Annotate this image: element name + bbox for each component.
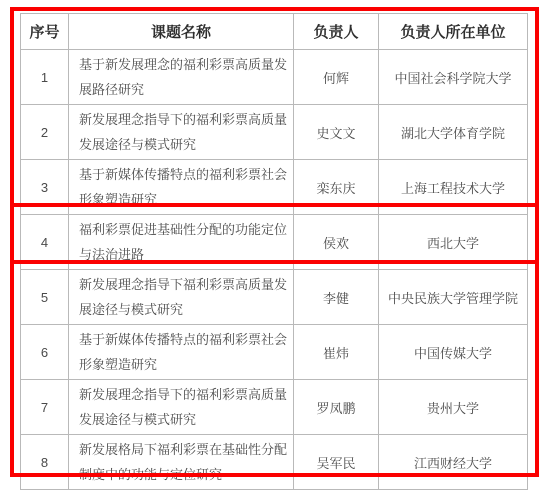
topic-title-cell: 基于新媒体传播特点的福利彩票社会形象塑造研究 — [69, 160, 294, 215]
topic-title-cell: 新发展理念指导下的福利彩票高质量发展途径与模式研究 — [69, 380, 294, 435]
table-row: 1 基于新发展理念的福利彩票高质量发展路径研究 何辉 中国社会科学院大学 — [21, 50, 528, 105]
header-cell-organization: 负责人所在单位 — [379, 14, 528, 50]
table-row: 6 基于新媒体传播特点的福利彩票社会形象塑造研究 崔炜 中国传媒大学 — [21, 325, 528, 380]
leader-cell: 罗凤鹏 — [294, 380, 379, 435]
header-cell-topic-title: 课题名称 — [69, 14, 294, 50]
table-body: 1 基于新发展理念的福利彩票高质量发展路径研究 何辉 中国社会科学院大学 2 新… — [21, 50, 528, 490]
row-number-cell: 6 — [21, 325, 69, 380]
org-cell: 中国社会科学院大学 — [379, 50, 528, 105]
topic-title-cell: 基于新发展理念的福利彩票高质量发展路径研究 — [69, 50, 294, 105]
row-number-cell: 7 — [21, 380, 69, 435]
row-number-cell: 2 — [21, 105, 69, 160]
org-cell: 江西财经大学 — [379, 435, 528, 490]
row-number-cell: 3 — [21, 160, 69, 215]
topic-title-cell: 新发展理念指导下的福利彩票高质量发展途径与模式研究 — [69, 105, 294, 160]
topics-table: 序号 课题名称 负责人 负责人所在单位 1 基于新发展理念的福利彩票高质量发展路… — [20, 13, 528, 490]
leader-cell: 侯欢 — [294, 215, 379, 270]
table-row: 3 基于新媒体传播特点的福利彩票社会形象塑造研究 栾东庆 上海工程技术大学 — [21, 160, 528, 215]
leader-cell: 吴军民 — [294, 435, 379, 490]
table-row: 4 福利彩票促进基础性分配的功能定位与法治进路 侯欢 西北大学 — [21, 215, 528, 270]
table-row: 7 新发展理念指导下的福利彩票高质量发展途径与模式研究 罗凤鹏 贵州大学 — [21, 380, 528, 435]
topic-title-cell: 新发展理念指导下福利彩票高质量发展途径与模式研究 — [69, 270, 294, 325]
org-cell: 西北大学 — [379, 215, 528, 270]
org-cell: 贵州大学 — [379, 380, 528, 435]
leader-cell: 李健 — [294, 270, 379, 325]
leader-cell: 何辉 — [294, 50, 379, 105]
org-cell: 湖北大学体育学院 — [379, 105, 528, 160]
leader-cell: 史文文 — [294, 105, 379, 160]
header-row: 序号 课题名称 负责人 负责人所在单位 — [21, 14, 528, 50]
leader-cell: 崔炜 — [294, 325, 379, 380]
row-number-cell: 1 — [21, 50, 69, 105]
table-row: 8 新发展格局下福利彩票在基础性分配制度中的功能与定位研究 吴军民 江西财经大学 — [21, 435, 528, 490]
table-row: 2 新发展理念指导下的福利彩票高质量发展途径与模式研究 史文文 湖北大学体育学院 — [21, 105, 528, 160]
table-row: 5 新发展理念指导下福利彩票高质量发展途径与模式研究 李健 中央民族大学管理学院 — [21, 270, 528, 325]
topic-title-cell: 福利彩票促进基础性分配的功能定位与法治进路 — [69, 215, 294, 270]
header-cell-number: 序号 — [21, 14, 69, 50]
topic-title-cell: 基于新媒体传播特点的福利彩票社会形象塑造研究 — [69, 325, 294, 380]
leader-cell: 栾东庆 — [294, 160, 379, 215]
header-cell-leader: 负责人 — [294, 14, 379, 50]
org-cell: 中央民族大学管理学院 — [379, 270, 528, 325]
row-number-cell: 8 — [21, 435, 69, 490]
row-number-cell: 4 — [21, 215, 69, 270]
org-cell: 中国传媒大学 — [379, 325, 528, 380]
row-number-cell: 5 — [21, 270, 69, 325]
org-cell: 上海工程技术大学 — [379, 160, 528, 215]
topic-title-cell: 新发展格局下福利彩票在基础性分配制度中的功能与定位研究 — [69, 435, 294, 490]
